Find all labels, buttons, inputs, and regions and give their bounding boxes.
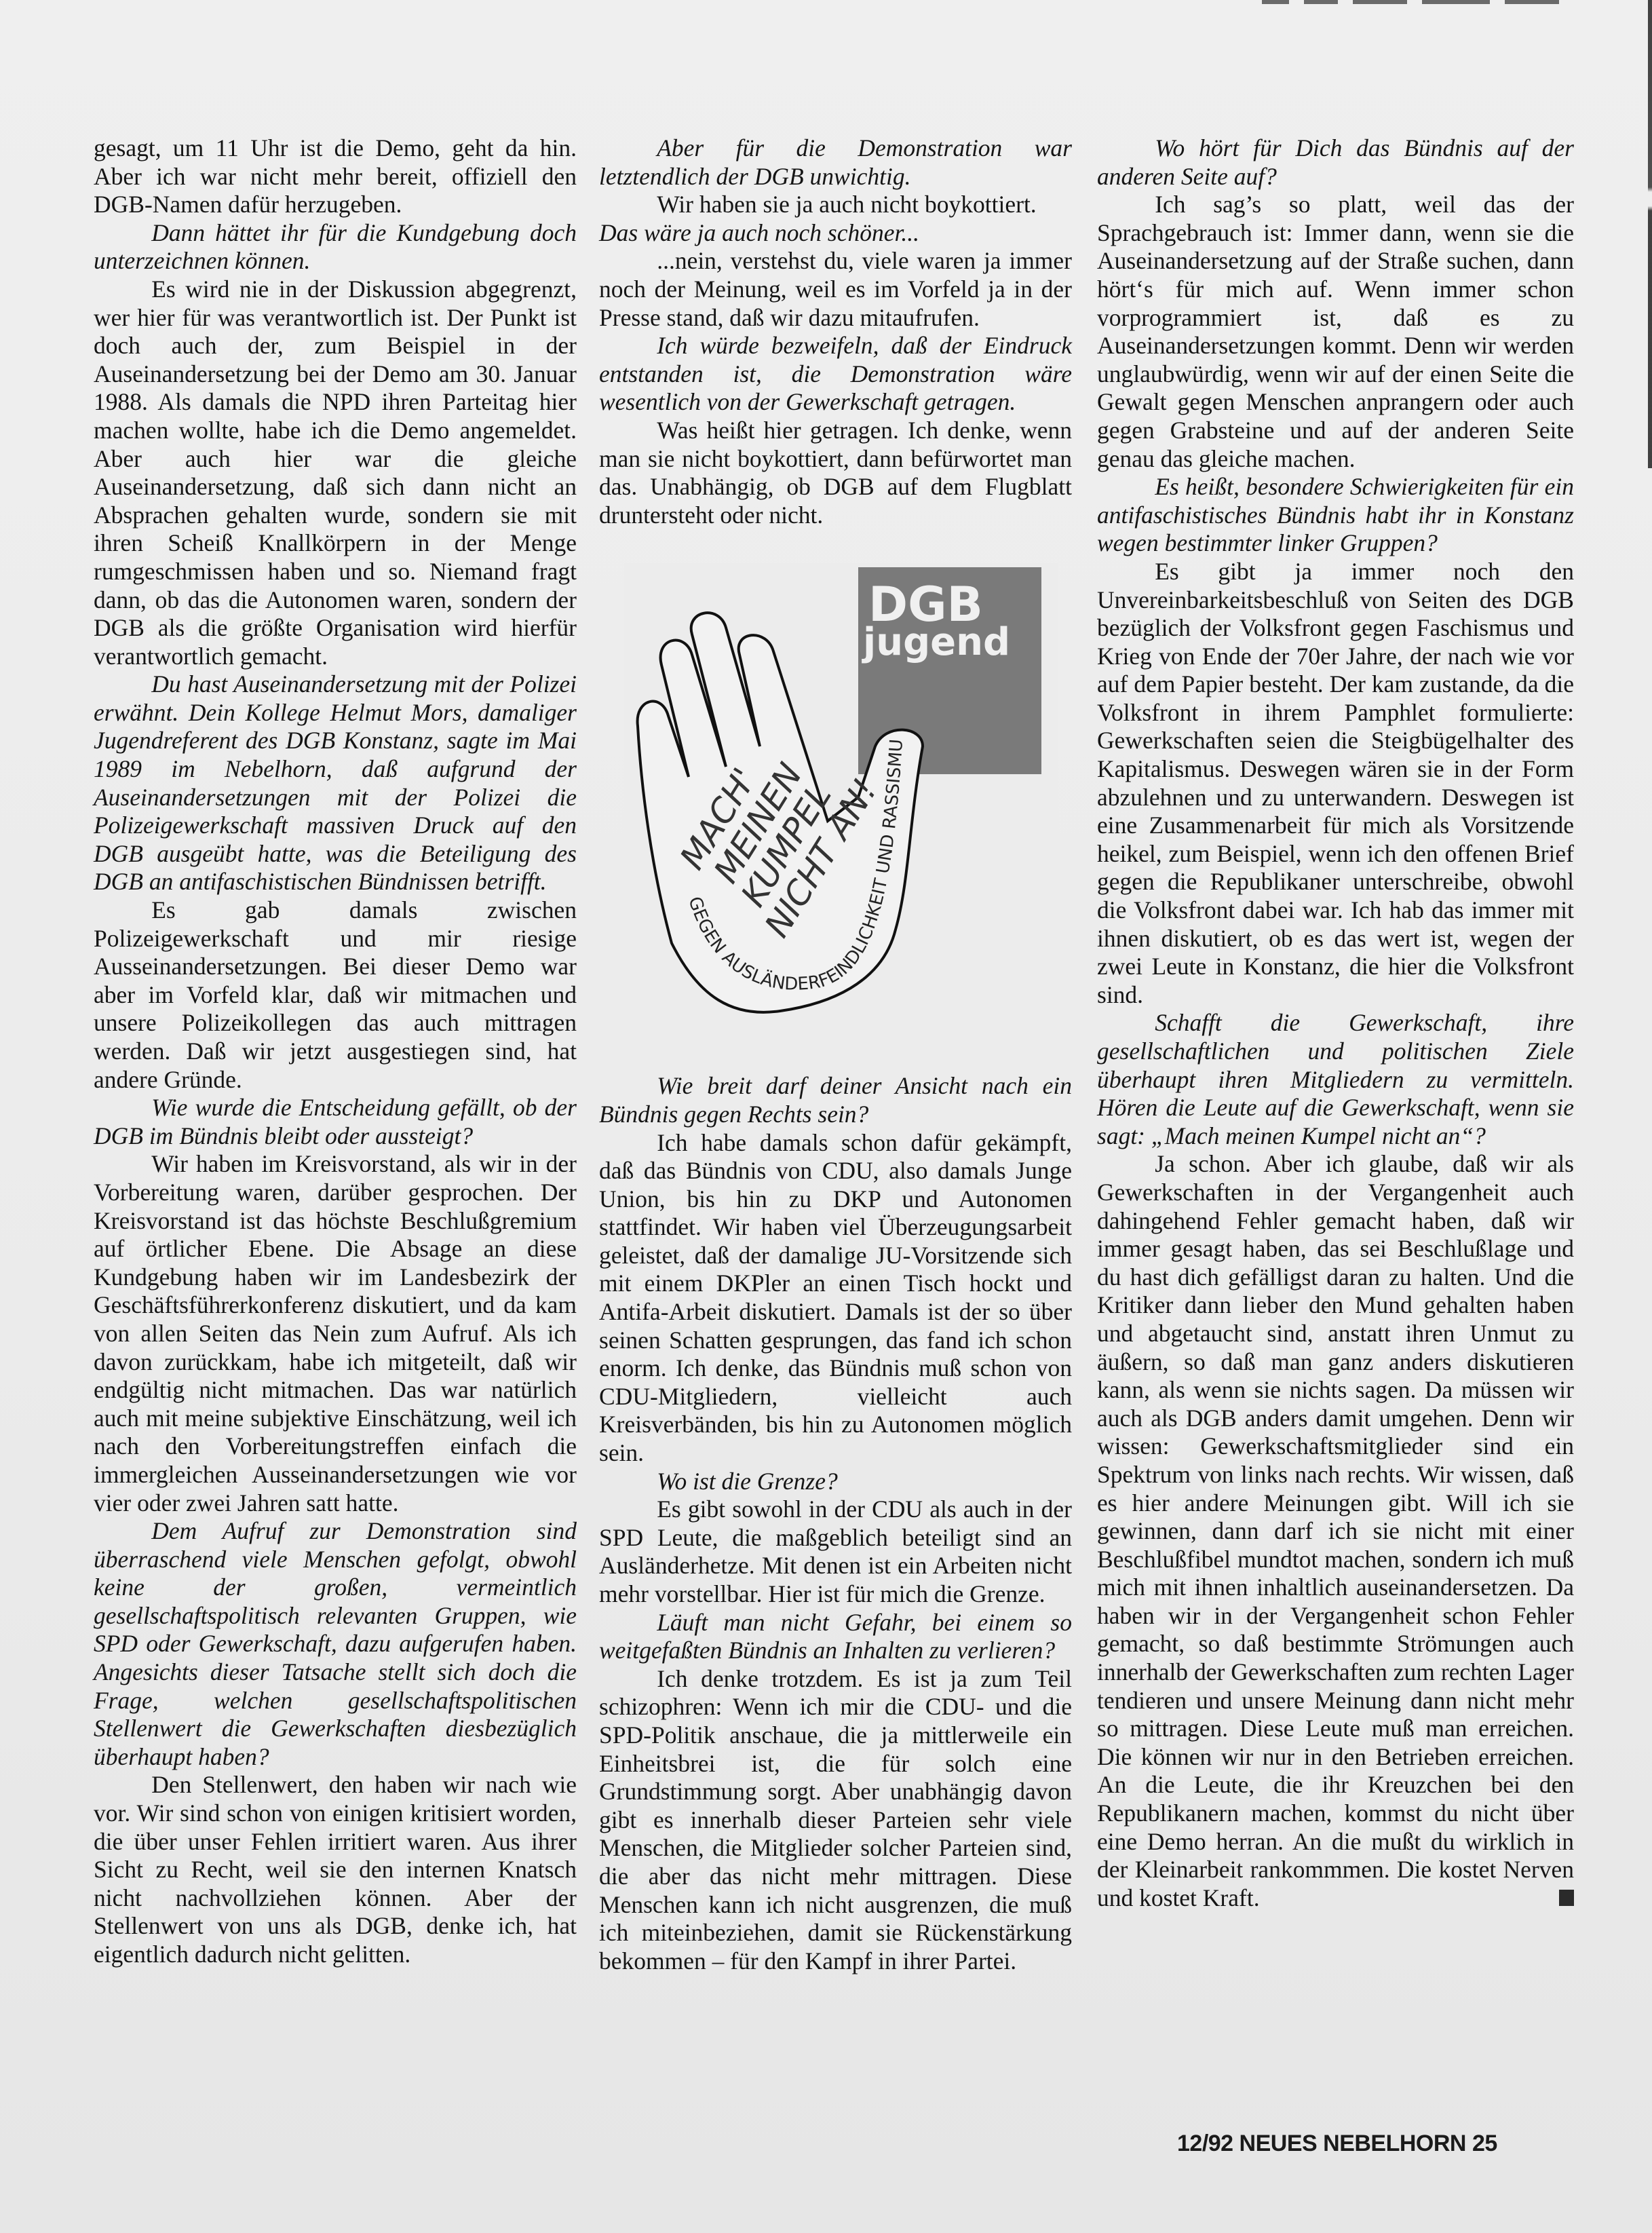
dgb-jugend-poster-image: DGB jugend MACH' MEINEN KUMPEL NICHT AN! [624, 563, 1058, 1052]
question-paragraph: Läuft man nicht Gefahr, bei einem so wei… [599, 1609, 1072, 1665]
footer-publication: NEUES NEBELHORN [1240, 2131, 1466, 2156]
question-paragraph: Wo ist die Grenze? [599, 1468, 1072, 1496]
question-paragraph: Das wäre ja auch noch schöner... [599, 219, 1072, 248]
column-left: gesagt, um 11 Uhr ist die Demo, geht da … [94, 134, 577, 1969]
answer-paragraph: Den Stellenwert, den haben wir nach wie … [94, 1771, 577, 1968]
magazine-page: gesagt, um 11 Uhr ist die Demo, geht da … [0, 0, 1652, 2233]
answer-paragraph: Wir haben sie ja auch nicht boykottiert. [599, 191, 1072, 219]
end-of-article-icon: ✶ [1559, 1890, 1574, 1906]
answer-paragraph: Ja schon. Aber ich glaube, daß wir als G… [1097, 1150, 1574, 1912]
question-paragraph: Wie wurde die Entscheidung gefällt, ob d… [94, 1094, 577, 1150]
question-paragraph: Aber für die Demonstration war letztendl… [599, 134, 1072, 191]
question-paragraph: Wie breit darf deiner Ansicht nach ein B… [599, 1072, 1072, 1128]
answer-paragraph: gesagt, um 11 Uhr ist die Demo, geht da … [94, 134, 577, 219]
page-footer: 12/92 NEUES NEBELHORN 25 [1177, 2131, 1497, 2157]
question-paragraph: Ich würde bezweifeln, daß der Eindruck e… [599, 332, 1072, 417]
question-paragraph: Du hast Auseinandersetzung mit der Poliz… [94, 670, 577, 896]
right-edge-bleed [1648, 0, 1652, 468]
answer-paragraph: Es gibt sowohl in der CDU als auch in de… [599, 1495, 1072, 1608]
question-paragraph: Dann hättet ihr für die Kundgebung doch … [94, 219, 577, 275]
answer-paragraph: ...nein, verstehst du, viele waren ja im… [599, 247, 1072, 332]
answer-paragraph: Es gab damals zwischen Polizeigewerkscha… [94, 896, 577, 1094]
raised-hand-illustration: DGB jugend MACH' MEINEN KUMPEL NICHT AN! [624, 563, 1058, 1052]
top-edge-bleed [1262, 0, 1642, 4]
answer-paragraph: Es wird nie in der Diskussion abgegrenzt… [94, 275, 577, 670]
answer-paragraph: Wir haben im Kreisvorstand, als wir in d… [94, 1150, 577, 1517]
question-paragraph: Schafft die Gewerkschaft, ihre gesellsch… [1097, 1009, 1574, 1150]
column-middle: Aber für die Demonstration war letztendl… [599, 134, 1072, 1975]
answer-paragraph: Es gibt ja immer noch den Unvereinbarkei… [1097, 558, 1574, 1010]
logo-line2: jugend [862, 620, 1010, 664]
question-paragraph: Wo hört für Dich das Bündnis auf der and… [1097, 134, 1574, 191]
final-answer-text: Ja schon. Aber ich glaube, daß wir als G… [1097, 1150, 1574, 1911]
answer-paragraph: Was heißt hier getragen. Ich denke, wenn… [599, 417, 1072, 529]
answer-paragraph: Ich denke trotzdem. Es ist ja zum Teil s… [599, 1665, 1072, 1976]
answer-paragraph: Ich sag’s so platt, weil das der Sprachg… [1097, 191, 1574, 473]
footer-issue: 12/92 [1177, 2131, 1233, 2156]
answer-paragraph: Ich habe damals schon dafür gekämpft, da… [599, 1129, 1072, 1468]
question-paragraph: Es heißt, besondere Schwierigkeiten für … [1097, 473, 1574, 558]
column-right: Wo hört für Dich das Bündnis auf der and… [1097, 134, 1574, 1912]
footer-page-number: 25 [1472, 2131, 1497, 2156]
question-paragraph: Dem Aufruf zur Demonstration sind überra… [94, 1517, 577, 1771]
